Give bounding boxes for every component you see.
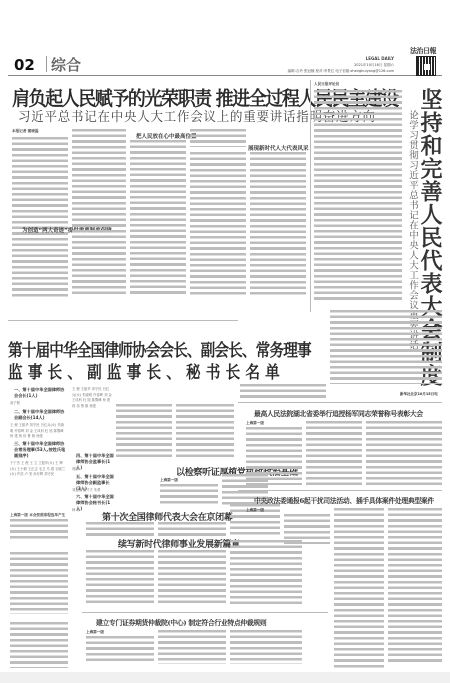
divider: [46, 56, 47, 72]
lead-byline: 本报记者 蒲晓磊: [12, 129, 38, 134]
masthead-logo: 法治日報: [410, 46, 436, 56]
masthead-en: LEGAL DAILY: [366, 56, 394, 61]
staff-credits: 编辑:吉玲 张冠楠 校对:李景红 电子信箱:zhenghuiyang@126.c…: [288, 69, 394, 74]
lawyers-names: 高子程: [10, 401, 66, 407]
lead-subhead-1: 把人民放在心中最高位置: [136, 132, 197, 140]
article-dateline: 上海第一版: [86, 630, 104, 635]
section-divider: [238, 490, 442, 491]
lawyers-names: 刘志刚 俞才夫 朱勇: [72, 488, 100, 494]
lawyers-names: 王 俊 王振华 刘守民 吕红兵(女) 朱晓明 许春晖 刘 金 王凤科 杜 旭 陈…: [10, 423, 66, 440]
article-headline-court-award[interactable]: 最高人民法院湖北省委举行追授杨军同志荣誉称号表彰大会: [254, 408, 423, 418]
section-title: 综合: [51, 54, 81, 75]
lawyers-names: 韩 莉: [72, 508, 80, 514]
article-headline-new-chapter[interactable]: 续写新时代律师事业发展新篇章: [118, 537, 240, 550]
lead-subhead-2: 展现新时代人大代表风采: [248, 144, 309, 152]
lead-body-col4: [190, 152, 246, 297]
article-body: [388, 508, 442, 664]
lawyers-section-title: 三、第十届中华全国律师协会常务理事(53人,按姓氏笔画排序): [14, 441, 68, 459]
lawyers-section-title: 二、第十届中华全国律师协会副会长(14人): [14, 409, 68, 421]
article-body: [86, 550, 154, 606]
note-body-3: [10, 622, 68, 668]
page-header: 02 综合 法治日報 LEGAL DAILY 2021年10月16日 星期六 编…: [8, 48, 442, 76]
article-body: [240, 384, 326, 400]
lawyers-headline-line1: 第十届中华全国律师协会会长、副会长、常务理事: [8, 341, 311, 362]
article-body: [176, 404, 234, 460]
commentary-kicker: 人民日报评论员: [314, 82, 339, 87]
article-dateline: 上海第一版: [246, 508, 264, 513]
article-dateline: 上海第一版: [246, 421, 264, 426]
qr-code-icon[interactable]: [416, 56, 436, 76]
note-dateline: 上海第一版 本会按照章程选举产生: [10, 513, 65, 518]
section-divider: [8, 320, 238, 321]
article-headline-securities-arbitration[interactable]: 建立专门证券期货仲裁院(中心) 制定符合行业特点仲裁规则: [96, 617, 266, 627]
commentary-credit: 新华社北京10月15日电: [400, 392, 438, 397]
lawyers-section-title: 一、第十届中华全国律师协会会长(1人): [14, 387, 68, 399]
lawyers-names-continued: 王 俊 王振华 刘守民 吕红兵(女) 朱晓明 许春晖 刘 金 王凤科 杜 旭 陈…: [72, 387, 112, 457]
article-body: [116, 404, 172, 460]
column-divider: [310, 80, 311, 312]
page-footer-bar: [0, 672, 450, 683]
article-body: [160, 484, 218, 506]
page-number: 02: [14, 56, 35, 74]
commentary-body: [314, 90, 402, 302]
note-body-2: [10, 552, 68, 614]
article-body: [230, 540, 302, 606]
article-body: [306, 421, 362, 485]
article-body: [334, 508, 384, 668]
article-body: [158, 630, 226, 664]
note-body: [10, 519, 68, 541]
commentary-body-bottom: [330, 310, 442, 384]
lawyers-section-title: 四、第十届中华全国律师协会监事长(1人): [76, 453, 114, 471]
article-headline-interference-cases[interactable]: 中央政法委通报6起干扰司法活动、插手具体案件处理典型案件: [254, 495, 434, 505]
article-body: [230, 630, 302, 664]
article-body: [86, 636, 154, 664]
newspaper-page: 02 综合 法治日報 LEGAL DAILY 2021年10月16日 星期六 编…: [0, 0, 450, 672]
article-body: [86, 522, 154, 536]
article-body: [246, 427, 302, 485]
article-body: [158, 522, 226, 536]
lead-body-col5: [250, 152, 306, 297]
article-body: [284, 514, 330, 544]
lead-body-col3: [130, 140, 186, 297]
lawyers-headline-line2: 监事长、副监事长、秘书长名单: [8, 363, 285, 384]
lead-body-col4-top: [190, 129, 246, 147]
section-divider: [82, 612, 328, 613]
issue-date: 2021年10月16日 星期六: [354, 63, 394, 68]
lead-body-col1: [12, 137, 68, 297]
lead-body-col2: [72, 129, 126, 297]
article-body: [366, 421, 442, 485]
lawyers-names: 于宁杰 王 俊 王 立 王振华(女) 王 辉(女) 王小耕 王正志 毛卫 马 超…: [10, 461, 66, 478]
section-divider: [238, 402, 442, 403]
article-body: [158, 550, 226, 606]
article-dateline: 上海第一版: [160, 478, 178, 483]
lawyers-names: 邢丽: [72, 467, 79, 473]
